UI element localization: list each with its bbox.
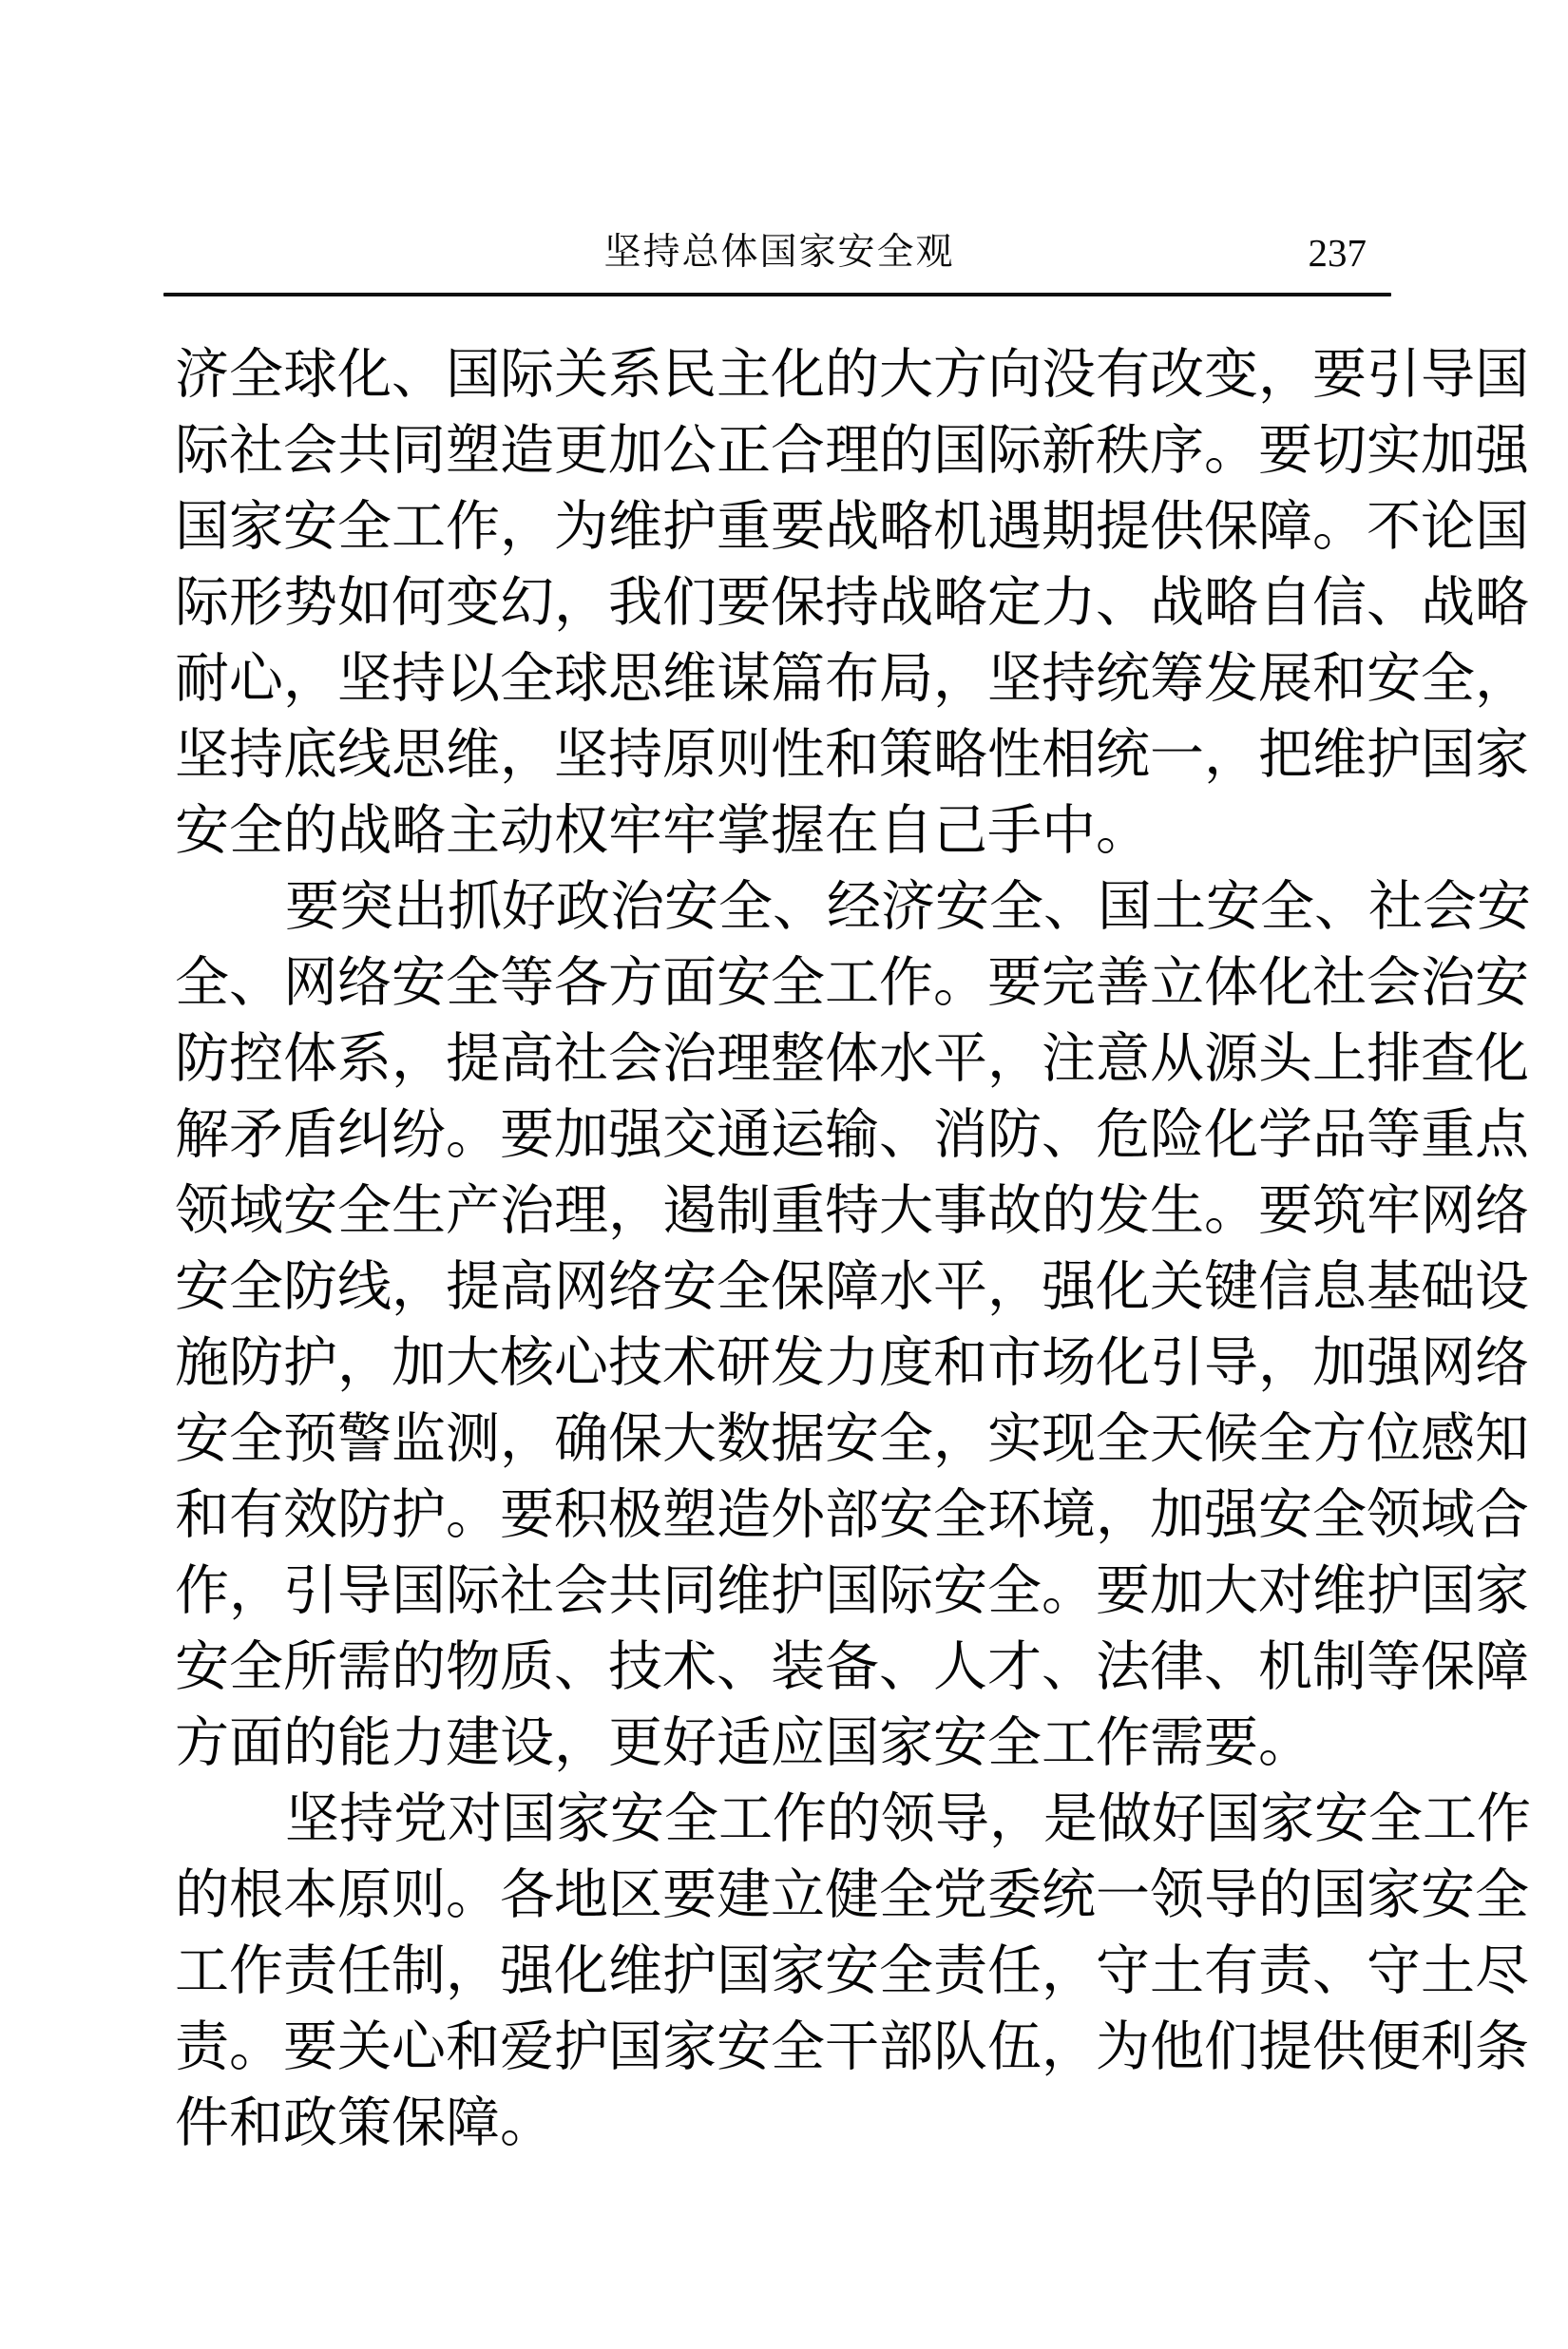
text-line: 施防护，加大核心技术研发力度和市场化引导，加强网络 — [175, 1326, 1389, 1402]
text-line: 耐心，坚持以全球思维谋篇布局，坚持统筹发展和安全， — [175, 641, 1389, 717]
text-line: 要突出抓好政治安全、经济安全、国土安全、社会安 — [175, 869, 1389, 945]
text-line: 际社会共同塑造更加公正合理的国际新秩序。要切实加强 — [175, 413, 1389, 489]
text-line: 国家安全工作，为维护重要战略机遇期提供保障。不论国 — [175, 489, 1389, 565]
text-line: 责。要关心和爱护国家安全干部队伍，为他们提供便利条 — [175, 2010, 1389, 2086]
page-body: 济全球化、国际关系民主化的大方向没有改变，要引导国际社会共同塑造更加公正合理的国… — [175, 337, 1389, 2162]
text-line: 的根本原则。各地区要建立健全党委统一领导的国家安全 — [175, 1858, 1389, 1934]
book-page: 坚持总体国家安全观 237 济全球化、国际关系民主化的大方向没有改变，要引导国际… — [0, 0, 1568, 2349]
text-line: 领域安全生产治理，遏制重特大事故的发生。要筑牢网络 — [175, 1174, 1389, 1250]
paragraph: 济全球化、国际关系民主化的大方向没有改变，要引导国际社会共同塑造更加公正合理的国… — [175, 337, 1389, 869]
header-rule — [163, 293, 1391, 296]
text-line: 际形势如何变幻，我们要保持战略定力、战略自信、战略 — [175, 565, 1389, 641]
text-line: 方面的能力建设，更好适应国家安全工作需要。 — [175, 1706, 1389, 1782]
chapter-title: 坚持总体国家安全观 — [171, 228, 1387, 277]
page-number: 237 — [1309, 228, 1367, 277]
text-line: 安全的战略主动权牢牢掌握在自己手中。 — [175, 793, 1389, 869]
text-line: 安全防线，提高网络安全保障水平，强化关键信息基础设 — [175, 1250, 1389, 1326]
text-line: 济全球化、国际关系民主化的大方向没有改变，要引导国 — [175, 337, 1389, 413]
text-line: 坚持底线思维，坚持原则性和策略性相统一，把维护国家 — [175, 717, 1389, 793]
running-header: 坚持总体国家安全观 237 — [171, 228, 1387, 277]
text-line: 和有效防护。要积极塑造外部安全环境，加强安全领域合 — [175, 1478, 1389, 1554]
text-line: 解矛盾纠纷。要加强交通运输、消防、危险化学品等重点 — [175, 1098, 1389, 1174]
paragraph: 要突出抓好政治安全、经济安全、国土安全、社会安全、网络安全等各方面安全工作。要完… — [175, 869, 1389, 1782]
text-line: 工作责任制，强化维护国家安全责任，守土有责、守土尽 — [175, 1934, 1389, 2010]
paragraph: 坚持党对国家安全工作的领导，是做好国家安全工作的根本原则。各地区要建立健全党委统… — [175, 1782, 1389, 2162]
text-line: 坚持党对国家安全工作的领导，是做好国家安全工作 — [175, 1782, 1389, 1858]
text-line: 安全所需的物质、技术、装备、人才、法律、机制等保障 — [175, 1630, 1389, 1706]
text-line: 作，引导国际社会共同维护国际安全。要加大对维护国家 — [175, 1554, 1389, 1630]
text-line: 全、网络安全等各方面安全工作。要完善立体化社会治安 — [175, 945, 1389, 1022]
text-line: 件和政策保障。 — [175, 2086, 1389, 2162]
text-line: 安全预警监测，确保大数据安全，实现全天候全方位感知 — [175, 1402, 1389, 1478]
text-line: 防控体系，提高社会治理整体水平，注意从源头上排查化 — [175, 1022, 1389, 1098]
